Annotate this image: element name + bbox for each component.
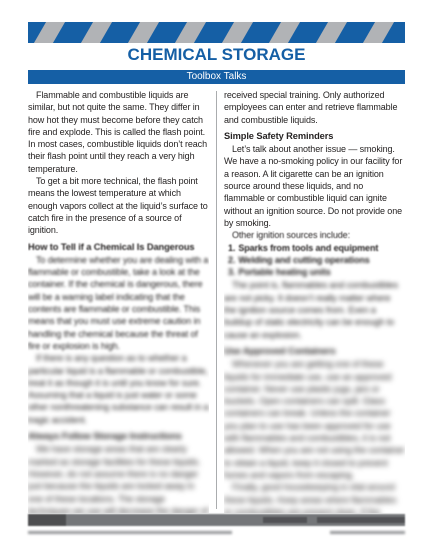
list-intro: Other ignition sources include:	[224, 229, 405, 241]
section-heading: How to Tell if a Chemical Is Dangerous	[28, 241, 209, 253]
paragraph: Let’s talk about another issue — smoking…	[224, 143, 405, 229]
stripe	[28, 22, 46, 43]
right-column: received special training. Only authoriz…	[224, 89, 405, 513]
paragraph-blurred: Whenever you are getting one of these li…	[224, 358, 405, 481]
paragraph-blurred: We have storage areas that are clearly m…	[28, 443, 209, 513]
subtitle-text: Toolbox Talks	[28, 70, 405, 84]
footer-text-block	[317, 517, 405, 523]
stripe	[100, 22, 140, 43]
list-label: Portable heating units	[238, 267, 330, 277]
hazard-stripe-banner	[28, 22, 405, 43]
paragraph-blurred: Finally, good housekeeping is vital arou…	[224, 481, 405, 513]
paragraph-blurred: If there is any question as to whether a…	[28, 352, 209, 426]
stripe	[335, 22, 375, 43]
stripe	[382, 22, 405, 43]
paragraph: To get a bit more technical, the flash p…	[28, 175, 209, 236]
paragraph-blurred: To determine whether you are dealing wit…	[28, 254, 209, 352]
stripe	[194, 22, 234, 43]
footer-bar	[28, 514, 405, 526]
stripe	[288, 22, 328, 43]
stripe	[147, 22, 187, 43]
document-page: CHEMICAL STORAGE Toolbox Talks Flammable…	[0, 0, 433, 560]
paragraph-blurred: The point is, flammables and combustible…	[224, 279, 405, 340]
paragraph: received special training. Only authoriz…	[224, 89, 405, 126]
list-number: 1.	[228, 243, 238, 253]
list-item: 1.Sparks from tools and equipment	[224, 242, 405, 254]
footer-fineprint-left	[28, 531, 232, 534]
column-divider	[216, 91, 217, 509]
ignition-sources-list: 1.Sparks from tools and equipment 2.Weld…	[224, 242, 405, 279]
footer-fineprint-right	[330, 531, 405, 534]
stripe	[53, 22, 93, 43]
section-heading-blurred: Use Approved Containers	[224, 345, 405, 357]
paragraph: Flammable and combustible liquids are si…	[28, 89, 209, 175]
list-label: Welding and cutting operations	[238, 255, 369, 265]
subtitle-bar: Toolbox Talks	[28, 70, 405, 84]
stripe	[241, 22, 281, 43]
footer-text-block	[263, 517, 307, 523]
document-body: Flammable and combustible liquids are si…	[28, 89, 405, 513]
list-number: 2.	[228, 255, 238, 265]
hazard-stripes	[28, 22, 405, 43]
section-heading-blurred: Always Follow Storage Instructions	[28, 430, 209, 442]
footer-logo-block	[28, 514, 66, 526]
section-heading: Simple Safety Reminders	[224, 130, 405, 142]
list-number: 3.	[228, 267, 238, 277]
left-column: Flammable and combustible liquids are si…	[28, 89, 209, 513]
list-item: 3.Portable heating units	[224, 266, 405, 278]
page-title: CHEMICAL STORAGE	[28, 45, 405, 65]
list-item: 2.Welding and cutting operations	[224, 254, 405, 266]
list-label: Sparks from tools and equipment	[238, 243, 378, 253]
